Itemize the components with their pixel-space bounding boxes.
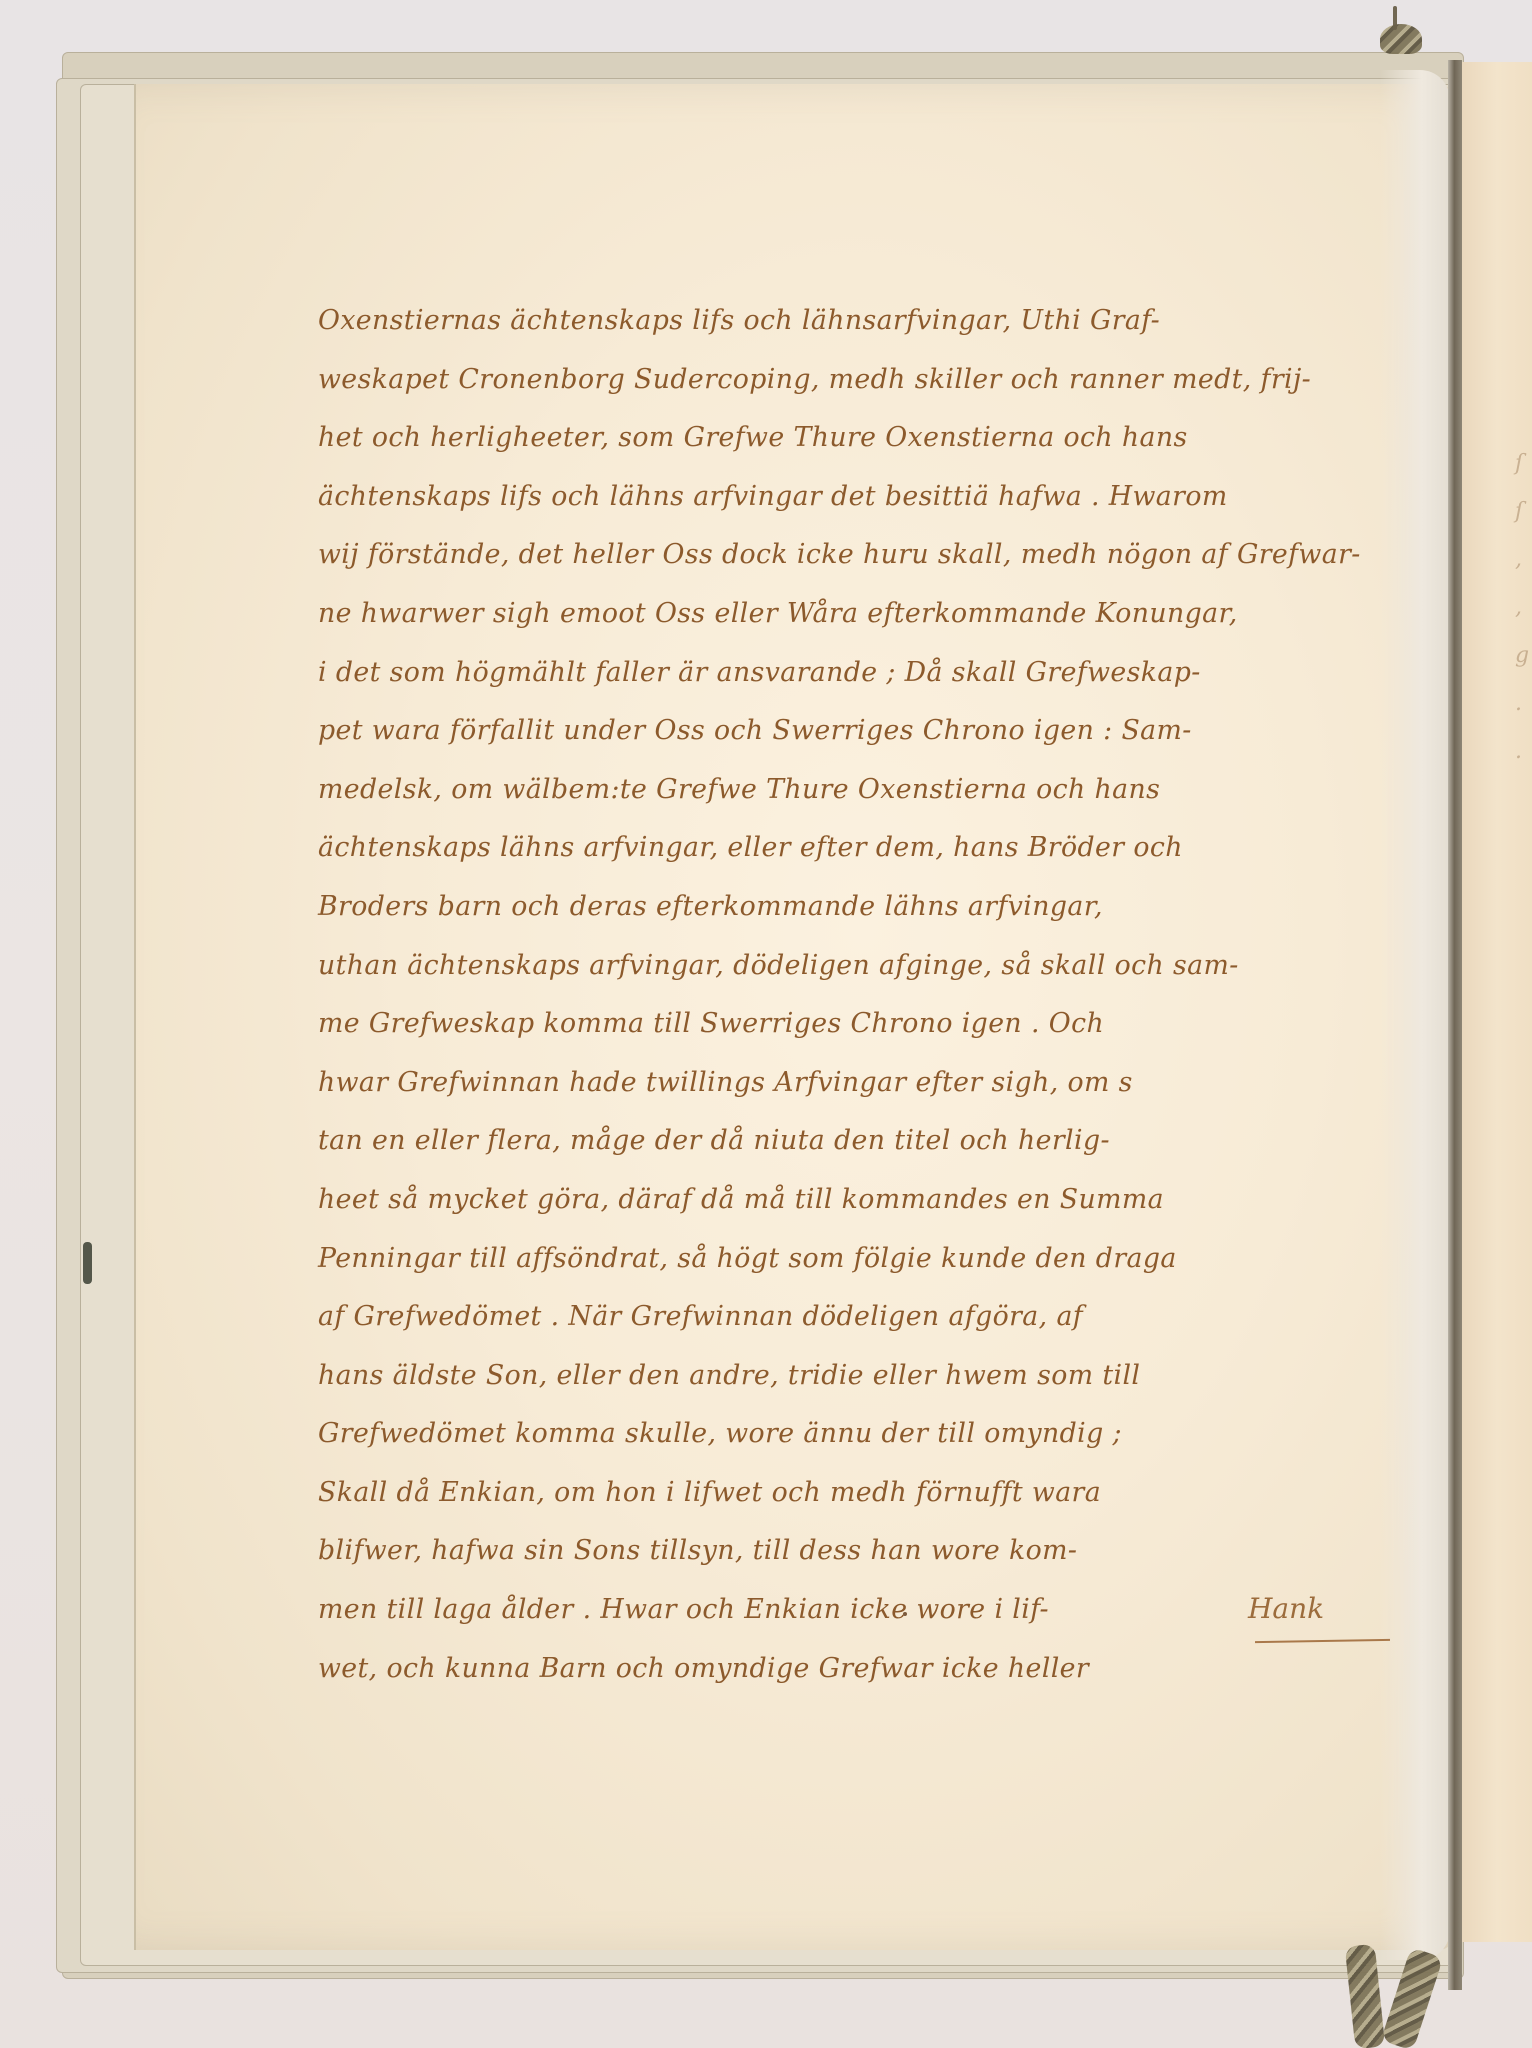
binding-cord-tassel bbox=[1393, 6, 1397, 30]
manuscript-line: Broders barn och deras efterkommande läh… bbox=[318, 878, 1398, 937]
manuscript-line: het och herligheeter, som Grefwe Thure O… bbox=[318, 409, 1398, 468]
manuscript-line: pet wara förfallit under Oss och Swerrig… bbox=[318, 702, 1398, 761]
manuscript-line: me Grefweskap komma till Swerriges Chron… bbox=[318, 995, 1398, 1054]
manuscript-line: af Grefwedömet . När Grefwinnan dödelige… bbox=[318, 1288, 1398, 1347]
manuscript-line: ächtenskaps lifs och lähns arfvingar det… bbox=[318, 468, 1398, 527]
book-gutter bbox=[1448, 60, 1462, 1990]
manuscript-line: ächtenskaps lähns arfvingar, eller efter… bbox=[318, 819, 1398, 878]
manuscript-line: uthan ächtenskaps arfvingar, dödeligen a… bbox=[318, 937, 1398, 996]
facing-page-text-fragments: ſſ,,g.. bbox=[1515, 440, 1527, 1040]
ink-dot bbox=[903, 1612, 907, 1616]
manuscript-text: Oxenstiernas ächtenskaps lifs och lähnsa… bbox=[318, 292, 1408, 1698]
manuscript-line: hans äldste Son, eller den andre, tridie… bbox=[318, 1347, 1398, 1406]
manuscript-line: wet, och kunna Barn och omyndige Grefwar… bbox=[318, 1640, 1398, 1699]
manuscript-line: blifwer, hafwa sin Sons tillsyn, till de… bbox=[318, 1522, 1398, 1581]
manuscript-line: Grefwedömet komma skulle, wore ännu der … bbox=[318, 1405, 1398, 1464]
catchword-signature: Hank bbox=[1248, 1592, 1388, 1638]
manuscript-line: men till laga ålder . Hwar och Enkian ic… bbox=[318, 1581, 1398, 1640]
manuscript-line: hwar Grefwinnan hade twillings Arfvingar… bbox=[318, 1054, 1398, 1113]
manuscript-line: heet så mycket göra, däraf då må till ko… bbox=[318, 1171, 1398, 1230]
manuscript-line: Oxenstiernas ächtenskaps lifs och lähnsa… bbox=[318, 292, 1398, 351]
manuscript-line: i det som högmählt faller är ansvarande … bbox=[318, 644, 1398, 703]
manuscript-line: tan en eller flera, måge der då niuta de… bbox=[318, 1112, 1398, 1171]
manuscript-line: weskapet Cronenborg Sudercoping, medh sk… bbox=[318, 351, 1398, 410]
manuscript-line: wij förstände, det heller Oss dock icke … bbox=[318, 526, 1398, 585]
ink-blot-mark bbox=[83, 1242, 92, 1284]
binding-cord-top bbox=[1380, 24, 1422, 54]
manuscript-line: Penningar till affsöndrat, så högt som f… bbox=[318, 1230, 1398, 1289]
manuscript-line: ne hwarwer sigh emoot Oss eller Wåra eft… bbox=[318, 585, 1398, 644]
manuscript-line: medelsk, om wälbem:te Grefwe Thure Oxens… bbox=[318, 761, 1398, 820]
manuscript-line: Skall då Enkian, om hon i lifwet och med… bbox=[318, 1464, 1398, 1523]
